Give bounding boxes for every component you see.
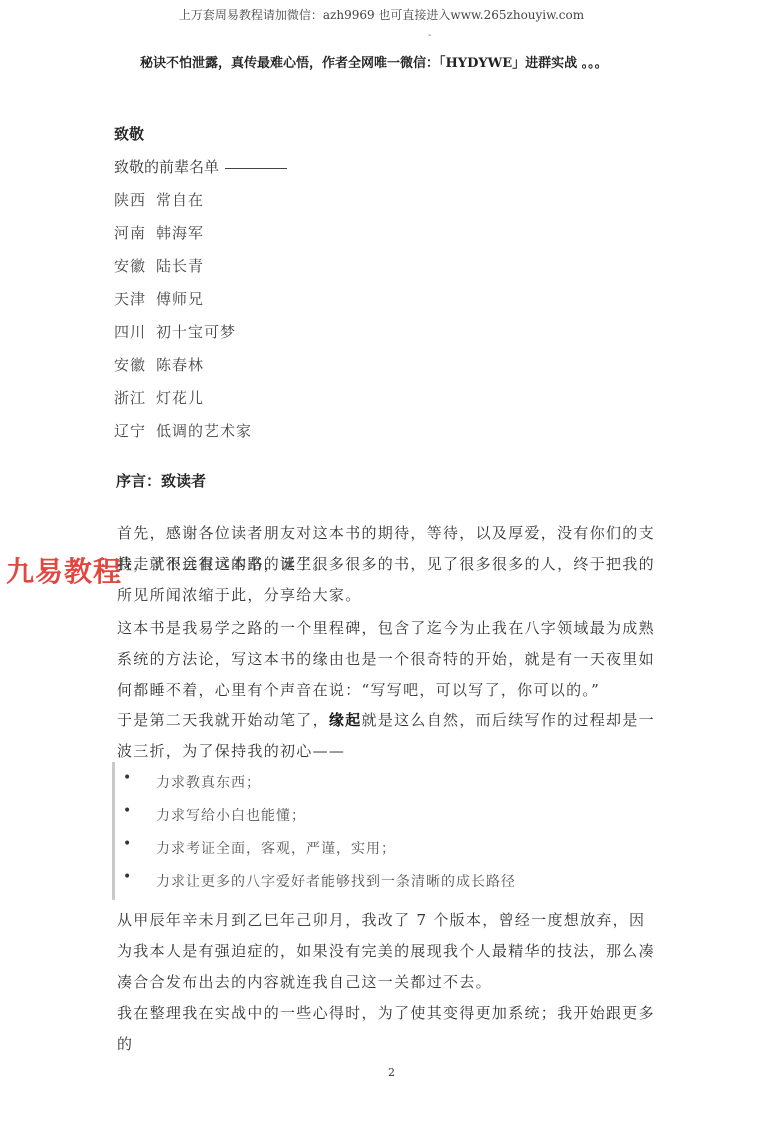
preface-paragraph-3: 这本书是我易学之路的一个里程碑，包含了迄今为止我在八字领域最为成熟系统的方法论，…: [117, 613, 657, 706]
tribute-name-row: 辽宁低调的艺术家: [114, 420, 252, 441]
person-name: 初十宝可梦: [156, 323, 236, 341]
p4-bold-term: 缘起: [329, 711, 362, 729]
bullet-icon: •: [123, 836, 131, 852]
bullet-icon: •: [123, 803, 131, 819]
person-name: 陆长青: [156, 257, 204, 275]
list-item-text: 力求教真东西；: [156, 772, 261, 792]
secret-line: 秘诀不怕泄露，真传最难心悟，作者全网唯一微信：「HYDYWE」进群实战 。。。: [140, 52, 608, 71]
province: 安徽: [114, 356, 146, 374]
province: 安徽: [114, 257, 146, 275]
preface-paragraph-6: 我在整理我在实战中的一些心得时，为了使其变得更加系统；我开始跟更多的: [117, 998, 657, 1060]
tribute-list-title-text: 致敬的前辈名单: [114, 158, 219, 176]
tribute-name-row: 河南韩海军: [114, 222, 204, 243]
province: 四川: [114, 323, 146, 341]
dash-line: [225, 168, 287, 169]
tribute-list-title: 致敬的前辈名单: [114, 156, 287, 177]
list-item-text: 力求写给小白也能懂；: [156, 805, 306, 825]
header-ad-text: 上万套周易教程请加微信：azh9969 也可直接进入www.265zhouyiw…: [0, 6, 763, 23]
tribute-name-row: 陕西常自在: [114, 189, 204, 210]
preface-paragraph-4: 于是第二天我就开始动笔了，缘起就是这么自然，而后续写作的过程却是一波三折，为了保…: [117, 705, 657, 767]
bullet-icon: •: [123, 869, 131, 885]
person-name: 陈春林: [156, 356, 204, 374]
province: 陕西: [114, 191, 146, 209]
person-name: 常自在: [156, 191, 204, 209]
tribute-name-row: 浙江灯花儿: [114, 387, 204, 408]
province: 浙江: [114, 389, 146, 407]
person-name: 灯花儿: [156, 389, 204, 407]
bullet-icon: •: [123, 770, 131, 786]
person-name: 韩海军: [156, 224, 204, 242]
province: 天津: [114, 290, 146, 308]
stray-mark: -: [428, 30, 431, 41]
person-name: 傅师兄: [156, 290, 204, 308]
tribute-name-row: 安徽陈春林: [114, 354, 204, 375]
watermark-logo: 九易教程: [6, 550, 122, 590]
p4-text-before: 于是第二天我就开始动笔了，: [117, 711, 329, 729]
province: 辽宁: [114, 422, 146, 440]
tribute-heading: 致敬: [114, 123, 144, 144]
preface-heading: 序言：致读者: [116, 470, 206, 491]
list-item-text: 力求考证全面，客观，严谨，实用；: [156, 838, 396, 858]
province: 河南: [114, 224, 146, 242]
principles-list: •力求教真东西； •力求写给小白也能懂； •力求考证全面，客观，严谨，实用； •…: [112, 762, 565, 900]
person-name: 低调的艺术家: [156, 422, 252, 440]
tribute-name-row: 天津傅师兄: [114, 288, 204, 309]
page-number: 2: [388, 1066, 395, 1079]
list-item-text: 力求让更多的八字爱好者能够找到一条清晰的成长路径: [156, 871, 516, 891]
preface-paragraph-2: 我走了很远很远的路，读了很多很多的书，见了很多很多的人，终于把我的所见所闻浓缩于…: [117, 549, 657, 611]
preface-paragraph-5: 从甲辰年辛未月到乙巳年己卯月，我改了 7 个版本，曾经一度想放弃，因为我本人是有…: [117, 905, 657, 998]
tribute-name-row: 安徽陆长青: [114, 255, 204, 276]
tribute-name-row: 四川初十宝可梦: [114, 321, 236, 342]
